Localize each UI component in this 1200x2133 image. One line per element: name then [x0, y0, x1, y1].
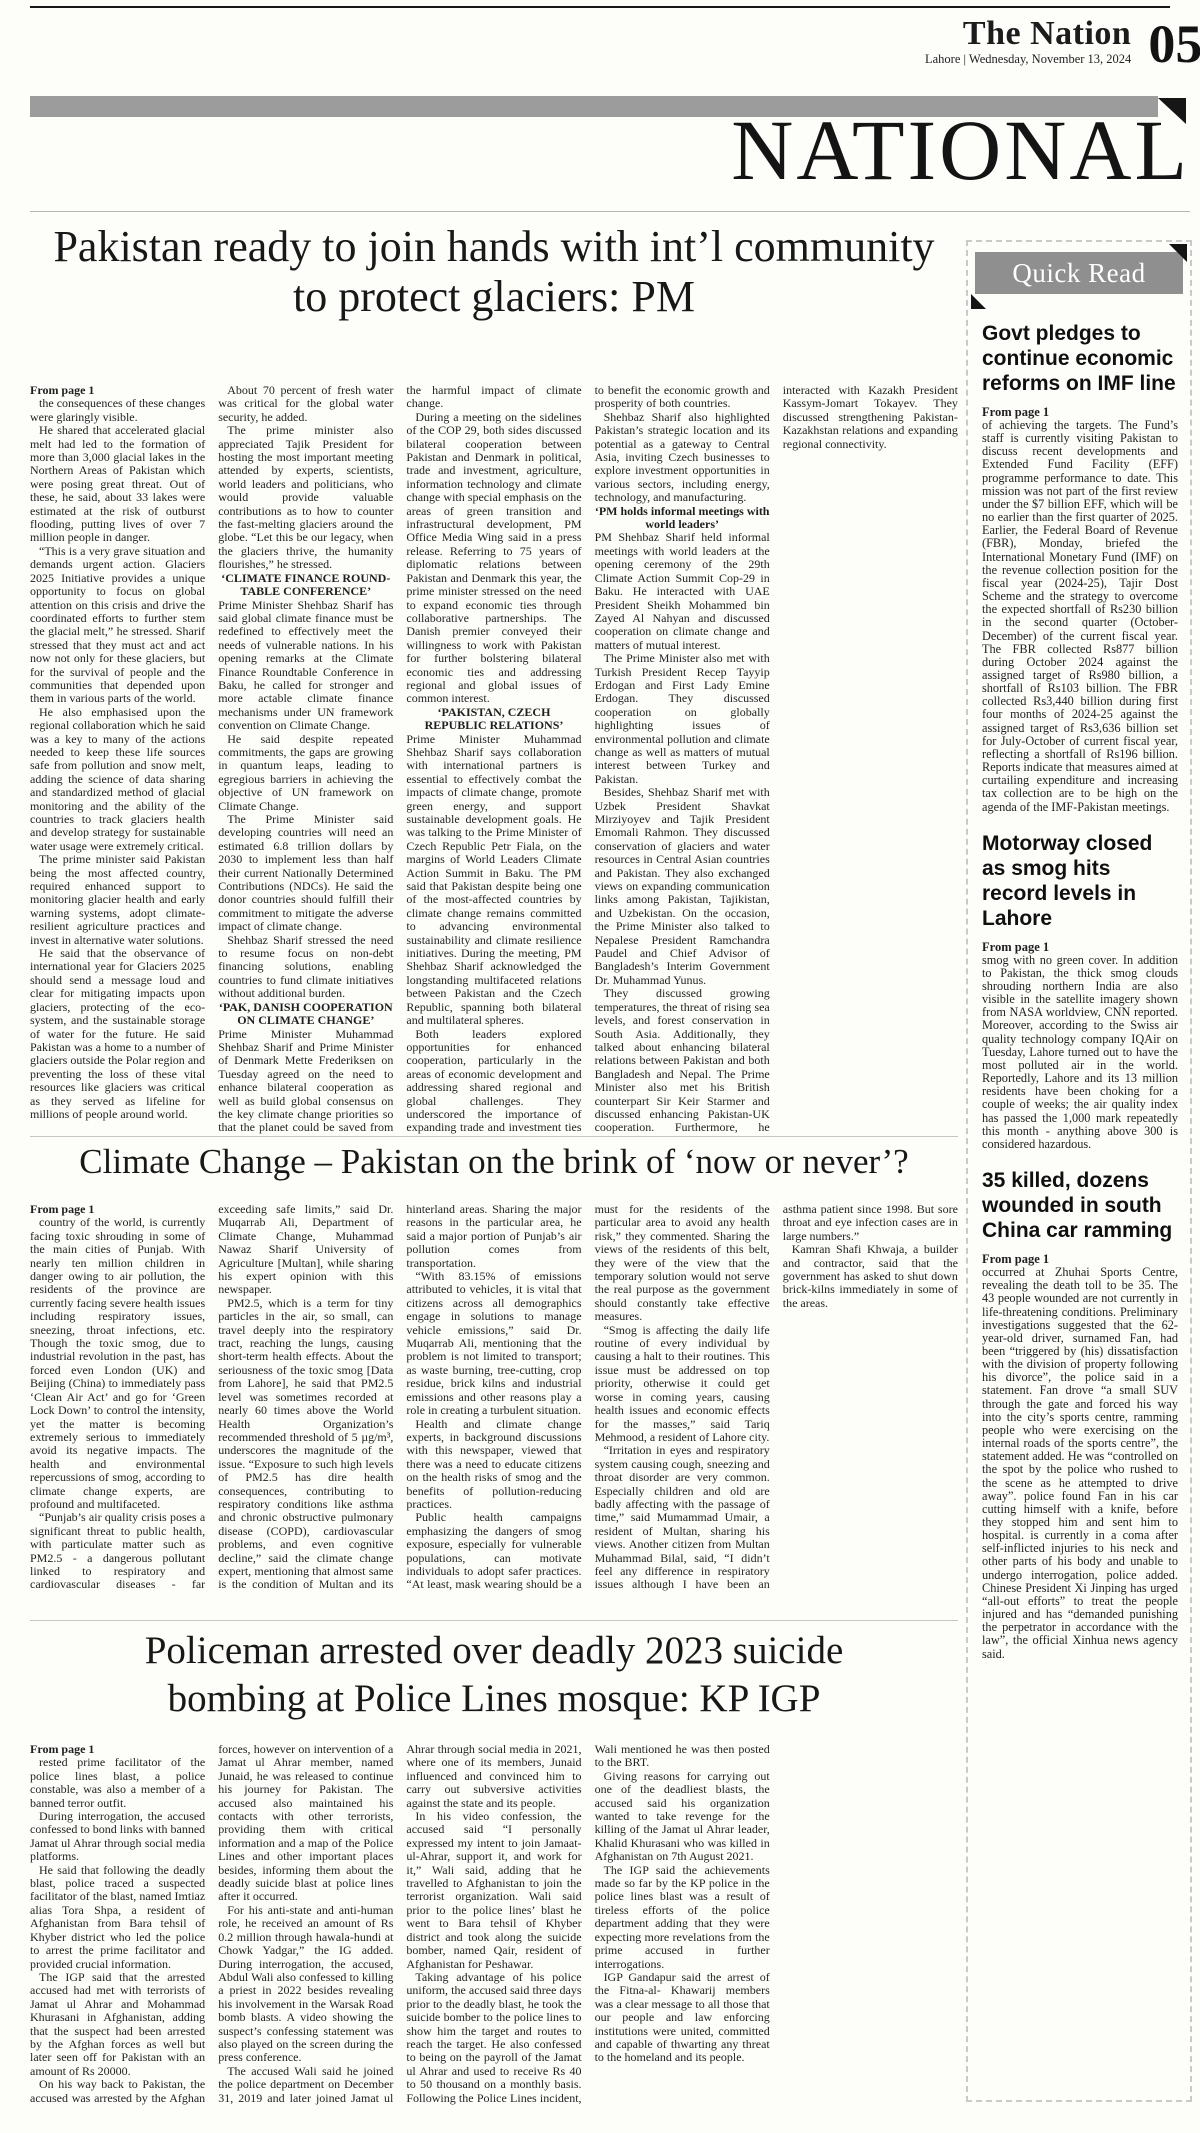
article-paragraph: About 70 percent of fresh water was crit… [218, 384, 393, 424]
article-glaciers-body: From page 1the consequences of these cha… [30, 384, 958, 1135]
article-paragraph: He said despite repeated commitments, th… [218, 733, 393, 813]
article-paragraph: “Smog is affecting the daily life routin… [595, 1324, 770, 1445]
article-paragraph: The prime minister also appreciated Taji… [218, 424, 393, 571]
article-climate-headline: Climate Change – Pakistan on the brink o… [30, 1141, 958, 1183]
article-police-body: From page 1rested prime facilitator of t… [30, 1743, 958, 2117]
quick-read-title: Quick Read [1012, 258, 1145, 289]
article-paragraph: During interrogation, the accused confes… [30, 1810, 205, 1864]
quick-read-story: 35 killed, dozens wounded in south China… [982, 1168, 1178, 1661]
story-headline: Govt pledges to continue economic reform… [982, 321, 1178, 396]
article-paragraph: Prime Minister Muhammad Shehbaz Sharif s… [406, 733, 581, 1028]
quick-read-story: Motorway closed as smog hits record leve… [982, 831, 1178, 1151]
from-page-label: From page 1 [30, 1743, 205, 1756]
article-paragraph: PM Shehbaz Sharif held informal meetings… [595, 531, 770, 652]
story-headline: Motorway closed as smog hits record leve… [982, 831, 1178, 931]
article-paragraph: The Prime Minister said developing count… [218, 813, 393, 934]
sub-headline: ‘PAK, DANISH COOPERATION ON CLIMATE CHAN… [218, 1001, 393, 1028]
section-title: NATIONAL [731, 100, 1190, 200]
quick-read-stories: Govt pledges to continue economic reform… [982, 304, 1178, 1661]
quick-read-panel: Quick Read Govt pledges to continue econ… [966, 240, 1192, 2102]
article-paragraph: He said that the observance of internati… [30, 947, 205, 1121]
quick-read-story: Govt pledges to continue economic reform… [982, 321, 1178, 814]
story-headline: 35 killed, dozens wounded in south China… [982, 1168, 1178, 1243]
article-paragraph: “This is a very grave situation and dema… [30, 545, 205, 706]
top-rule [30, 6, 1170, 8]
article-paragraph: Besides, Shehbaz Sharif met with Uzbek P… [595, 786, 770, 987]
from-page-label: From page 1 [30, 384, 205, 397]
article-paragraph: He said that following the deadly blast,… [30, 1864, 205, 1971]
article-paragraph: The IGP said the achievements made so fa… [595, 1864, 770, 1971]
page-number: 05 [1148, 16, 1200, 72]
article-paragraph: “With 83.15% of emissions attributed to … [406, 1270, 581, 1417]
story-body: occurred at Zhuhai Sports Centre, reveal… [982, 1266, 1178, 1661]
dateline: Lahore | Wednesday, November 13, 2024 [925, 52, 1131, 67]
article-paragraph: Health and climate change experts, in ba… [406, 1418, 581, 1512]
article-glaciers-headline: Pakistan ready to join hands with int’l … [44, 222, 944, 322]
article-police-headline: Policeman arrested over deadly 2023 suic… [74, 1627, 914, 1723]
story-body: of achieving the targets. The Fund’s sta… [982, 419, 1178, 814]
from-page-label: From page 1 [982, 405, 1178, 419]
article-paragraph: The IGP said that the arrested accused h… [30, 1971, 205, 2078]
sub-headline: ‘CLIMATE FINANCE ROUND-TABLE CONFERENCE’ [218, 572, 393, 599]
article-paragraph: Giving reasons for carrying out one of t… [595, 1770, 770, 1864]
article-paragraph: In his video confession, the accused sai… [406, 1810, 581, 1971]
header-rule [30, 211, 1190, 212]
article-paragraph: Kamran Shafi Khwaja, a builder and contr… [783, 1243, 958, 1310]
article-paragraph: He also emphasised upon the regional col… [30, 706, 205, 853]
article-paragraph: rested prime facilitator of the police l… [30, 1756, 205, 1810]
article-paragraph: Shehbaz Sharif also highlighted Pakistan… [595, 411, 770, 505]
article-divider-rule [30, 1136, 958, 1137]
masthead-title-block: The Nation Lahore | Wednesday, November … [925, 16, 1131, 67]
article-paragraph: Shehbaz Sharif stressed the need to resu… [218, 934, 393, 1001]
article-paragraph: country of the world, is currently facin… [30, 1216, 205, 1511]
newspaper-page: The Nation Lahore | Wednesday, November … [0, 0, 1200, 2133]
article-paragraph: For his anti-state and anti-human role, … [218, 1904, 393, 2065]
from-page-label: From page 1 [30, 1203, 205, 1216]
from-page-label: From page 1 [982, 1252, 1178, 1266]
article-paragraph: the consequences of these changes were g… [30, 397, 205, 424]
sub-headline: ‘PM holds informal meetings with world l… [595, 505, 770, 532]
fold-triangle-icon [1169, 244, 1187, 262]
masthead: The Nation Lahore | Wednesday, November … [925, 16, 1190, 77]
article-paragraph: He shared that accelerated glacial melt … [30, 424, 205, 545]
article-paragraph: The Prime Minister also met with Turkish… [595, 652, 770, 786]
article-divider-rule [30, 1620, 958, 1621]
story-body: smog with no green cover. In addition to… [982, 954, 1178, 1151]
article-paragraph: During a meeting on the sidelines of the… [406, 411, 581, 706]
article-paragraph: IGP Gandapur said the arrest of the Fitn… [595, 1971, 770, 2065]
article-paragraph: Prime Minister Shehbaz Sharif has said g… [218, 599, 393, 733]
quick-read-header: Quick Read [975, 252, 1183, 294]
from-page-label: From page 1 [982, 940, 1178, 954]
paper-name: The Nation [925, 16, 1131, 52]
sub-headline: ‘PAKISTAN, CZECH REPUBLIC RELATIONS’ [406, 706, 581, 733]
article-climate-body: From page 1country of the world, is curr… [30, 1203, 958, 1599]
article-paragraph: The prime minister said Pakistan being t… [30, 853, 205, 947]
